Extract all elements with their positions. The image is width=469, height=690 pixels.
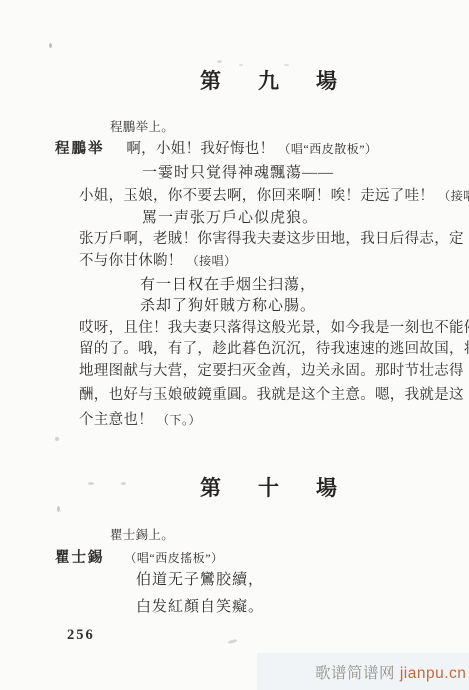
singing-annotation: （接唱） [438,189,469,203]
dialogue-text: 小姐，玉娘，你不要去啊，你回来啊！唉！走远了哇！ [79,188,434,204]
scan-speck [57,506,60,512]
scan-speck [121,482,126,485]
speaker-name: 程鵬举 [55,141,105,157]
dialogue-line: 张万戶啊，老賊！你害得我夫妻这步田地，我日后得志，定 [79,229,455,249]
scene-9-stage-direction: 程鵬举上。 [110,117,174,137]
scene-9-dialogue-opening: 程鵬举 啊，小姐！我好悔也！（唱“西皮散板”） [55,139,378,159]
watermark-site-name: 歌谱简谱网 [315,665,395,682]
speaker-name: 瞿士錫 [55,550,105,566]
sung-verse-line: 有一日权在手烟尘扫蕩， [140,275,316,295]
scene-10-title: 第 十 場 [200,476,345,500]
dialogue-line: 地理图献与大营，定要扫灭金酋，边关永固。那时节壮志得 [79,361,455,381]
watermark-box: 歌谱简谱网 jianpu.cn [257,653,469,690]
scan-speck [239,64,243,66]
dialogue-text: 不与你甘休喲！ [79,253,183,269]
scan-speck [49,43,52,48]
singing-annotation: （唱“西皮散板”） [278,142,377,156]
dialogue-line: 酬，也好与玉娘破鏡重圓。我就是这个主意。嗯，我就是这 [79,385,455,405]
dialogue-line: 留的了。哦，有了，趁此暮色沉沉，待我速速的逃回故国，将 [79,339,455,359]
watermark: 歌谱简谱网 jianpu.cn [315,661,466,683]
dialogue-text: 啊，小姐！我好悔也！ [126,141,274,157]
scene-10-stage-direction: 瞿士錫上。 [110,525,174,545]
sung-verse-line: 一霎时只覚得神魂飄蕩—— [142,163,334,183]
sung-verse-line: 杀却了狗奸賊方称心腸。 [140,296,316,316]
sung-verse-line: 罵一声张万戶心似虎狼。 [142,208,318,228]
singing-annotation: （接唱） [187,254,237,268]
exit-annotation: （下。） [157,413,201,427]
watermark-site-url: jianpu.cn [400,665,467,682]
scan-speck [228,639,237,644]
scene-9-title: 第 九 場 [200,69,345,93]
dialogue-line: 个主意也！（下。） [79,410,201,430]
scene-10-dialogue-opening: 瞿士錫 （唱“西皮搖板”） [55,548,224,568]
scanned-script-page: 第 九 場 程鵬举上。 程鵬举 啊，小姐！我好悔也！（唱“西皮散板”） 一霎时只… [0,0,469,690]
sung-verse-line: 伯道无子鸞胶續， [136,570,264,590]
singing-annotation: （唱“西皮搖板”） [124,551,223,565]
dialogue-line: 哎呀，且住！我夫妻只落得这般光景，如今我是一刻也不能停 [79,318,455,338]
sung-verse-line: 白发紅顏自笑癡。 [136,597,264,617]
scan-speck [284,64,289,66]
scan-speck [88,482,94,485]
dialogue-text: 个主意也！ [79,412,153,428]
dialogue-line: 小姐，玉娘，你不要去啊，你回来啊！唉！走远了哇！（接唱） [79,186,469,206]
scan-speck [217,60,222,63]
dialogue-line: 不与你甘休喲！（接唱） [79,251,237,271]
page-number: 256 [67,625,95,645]
scan-speck [55,437,59,441]
